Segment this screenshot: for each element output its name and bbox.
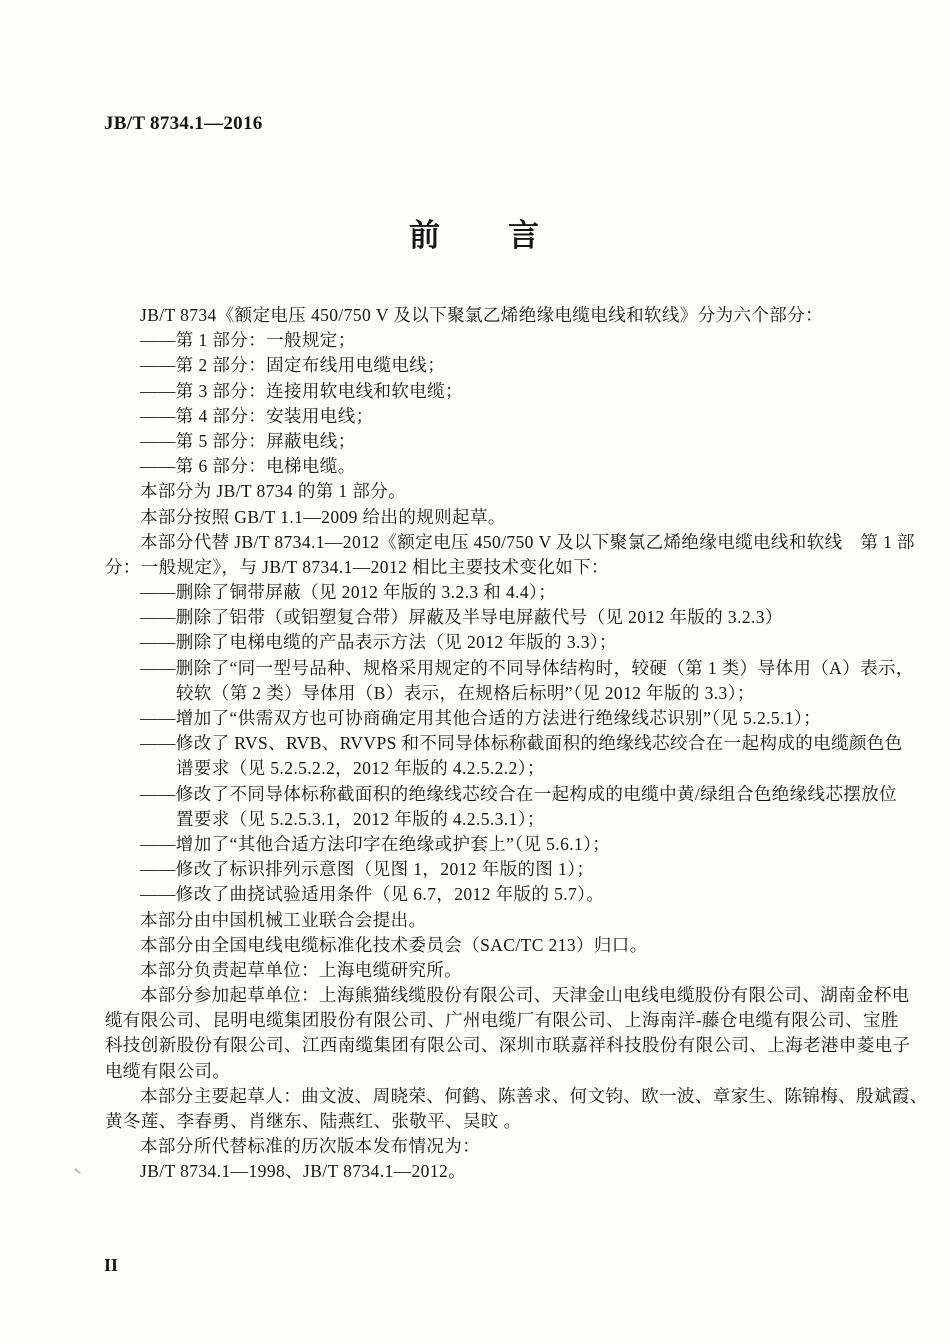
text-line: ——增加了“供需双方也可协商确定用其他合适的方法进行绝缘线芯识别”（见 5.2.… <box>105 706 877 731</box>
text-line: 本部分按照 GB/T 1.1—2009 给出的规则起草。 <box>105 505 877 530</box>
text-line: ——增加了“其他合适方法印字在绝缘或护套上”（见 5.6.1）； <box>105 832 877 857</box>
text-line: 黄冬莲、李春勇、肖继东、陆燕红、张敬平、吴旼 。 <box>105 1109 877 1134</box>
text-line: 置要求（见 5.2.5.3.1，2012 年版的 4.2.5.3.1）； <box>105 807 877 832</box>
text-line: ——修改了曲挠试验适用条件（见 6.7，2012 年版的 5.7）。 <box>105 882 877 907</box>
text-line: ——第 4 部分：安装用电线； <box>105 404 877 429</box>
text-line: ——第 3 部分：连接用软电线和软电缆； <box>105 379 877 404</box>
text-line: ——第 6 部分：电梯电缆。 <box>105 454 877 479</box>
text-line: JB/T 8734《额定电压 450/750 V 及以下聚氯乙烯绝缘电缆电线和软… <box>105 303 877 328</box>
page-number: II <box>104 1255 118 1276</box>
text-line: 本部分参加起草单位：上海熊猫线缆股份有限公司、天津金山电线电缆股份有限公司、湖南… <box>105 983 877 1008</box>
text-line: ——修改了标识排列示意图（见图 1，2012 年版的图 1）； <box>105 857 877 882</box>
text-line: 本部分为 JB/T 8734 的第 1 部分。 <box>105 479 877 504</box>
text-line: ——删除了“同一型号品种、规格采用规定的不同导体结构时，较硬（第 1 类）导体用… <box>105 656 877 681</box>
text-line: ——第 2 部分：固定布线用电缆电线； <box>105 353 877 378</box>
standard-number-header: JB/T 8734.1—2016 <box>104 113 263 135</box>
text-line: 本部分负责起草单位：上海电缆研究所。 <box>105 958 877 983</box>
text-line: 电缆有限公司。 <box>105 1059 877 1084</box>
text-line: ——删除了铝带（或铝塑复合带）屏蔽及半导电屏蔽代号（见 2012 年版的 3.2… <box>105 605 877 630</box>
text-line: ——修改了 RVS、RVB、RVVPS 和不同导体标称截面积的绝缘线芯绞合在一起… <box>105 731 877 756</box>
scan-artifact <box>74 1168 81 1174</box>
foreword-body: JB/T 8734《额定电压 450/750 V 及以下聚氯乙烯绝缘电缆电线和软… <box>105 303 877 1185</box>
text-line: 本部分代替 JB/T 8734.1—2012《额定电压 450/750 V 及以… <box>105 530 877 555</box>
text-line: 本部分由全国电线电缆标准化技术委员会（SAC/TC 213）归口。 <box>105 933 877 958</box>
text-line: 本部分由中国机械工业联合会提出。 <box>105 908 877 933</box>
text-line: 本部分主要起草人：曲文波、周晓荣、何鹤、陈善求、何文钧、欧一波、章家生、陈锦梅、… <box>105 1084 877 1109</box>
text-line: ——第 1 部分：一般规定； <box>105 328 877 353</box>
text-line: 本部分所代替标准的历次版本发布情况为： <box>105 1134 877 1159</box>
text-line: ——第 5 部分：屏蔽电线； <box>105 429 877 454</box>
text-line: ——修改了不同导体标称截面积的绝缘线芯绞合在一起构成的电缆中黄/绿组合色绝缘线芯… <box>105 782 877 807</box>
text-line: 谱要求（见 5.2.5.2.2，2012 年版的 4.2.5.2.2）； <box>105 756 877 781</box>
text-line: JB/T 8734.1—1998、JB/T 8734.1—2012。 <box>105 1159 877 1184</box>
text-line: ——删除了电梯电缆的产品表示方法（见 2012 年版的 3.3）； <box>105 630 877 655</box>
text-line: 较软（第 2 类）导体用（B）表示，在规格后标明”（见 2012 年版的 3.3… <box>105 681 877 706</box>
text-line: 分：一般规定》，与 JB/T 8734.1—2012 相比主要技术变化如下： <box>105 555 877 580</box>
text-line: 缆有限公司、昆明电缆集团股份有限公司、广州电缆厂有限公司、上海南洋-藤仓电缆有限… <box>105 1008 877 1033</box>
document-page: JB/T 8734.1—2016 前 言 JB/T 8734《额定电压 450/… <box>0 0 950 1344</box>
foreword-title: 前 言 <box>0 210 950 255</box>
text-line: 科技创新股份有限公司、江西南缆集团有限公司、深圳市联嘉祥科技股份有限公司、上海老… <box>105 1033 877 1058</box>
text-line: ——删除了铜带屏蔽（见 2012 年版的 3.2.3 和 4.4）； <box>105 580 877 605</box>
